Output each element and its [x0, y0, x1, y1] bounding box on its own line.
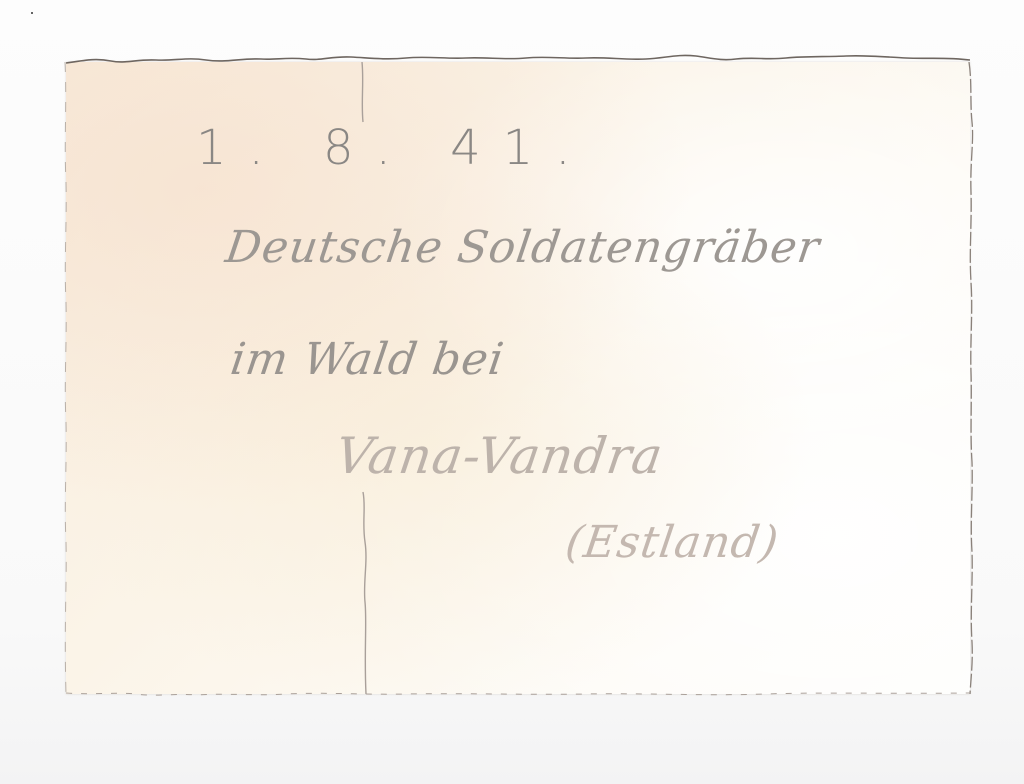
- deckled-edge-top: [66, 54, 970, 66]
- deckled-edge-bottom: [66, 690, 970, 700]
- inscription-line-4: (Estland): [562, 517, 782, 568]
- inscription-line-3: Vana-Vandra: [332, 427, 667, 485]
- deckled-edge-left: [62, 62, 70, 694]
- scanned-photo-back: 1. 8. 41. Deutsche Soldatengräber im Wal…: [0, 0, 1024, 784]
- deckled-edge-right: [966, 62, 976, 694]
- inscription-line-1: Deutsche Soldatengräber: [222, 222, 823, 273]
- inscription-date: 1. 8. 41.: [196, 120, 592, 176]
- inscription-line-2: im Wald bei: [227, 334, 507, 385]
- dust-speck: [31, 12, 33, 14]
- photo-card: 1. 8. 41. Deutsche Soldatengräber im Wal…: [66, 62, 970, 694]
